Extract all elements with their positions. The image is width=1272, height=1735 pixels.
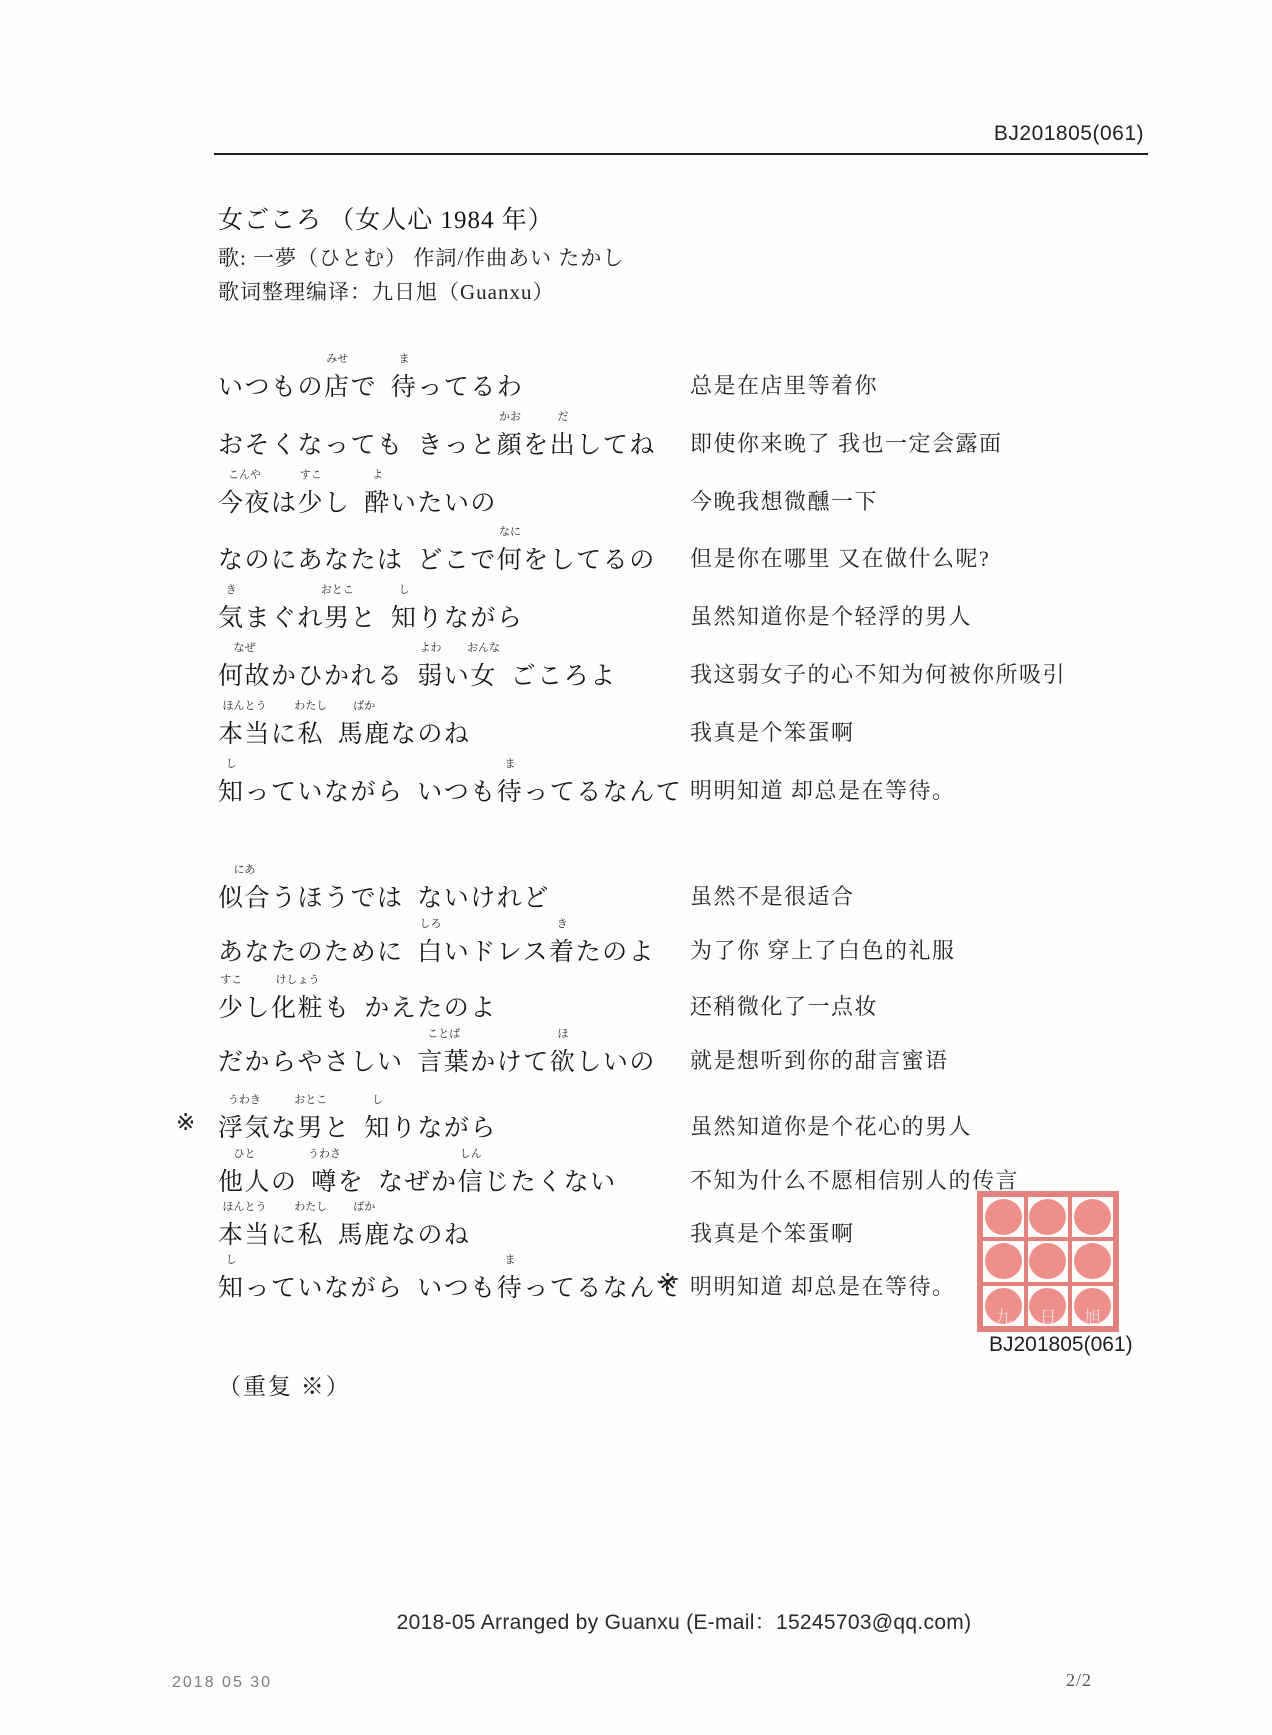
kanji-with-furigana: 少すこ bbox=[298, 483, 325, 519]
furigana: うわさ bbox=[308, 1149, 341, 1160]
furigana: ま bbox=[505, 759, 516, 770]
furigana: なぜ bbox=[234, 643, 256, 654]
furigana: き bbox=[226, 585, 237, 596]
stamp-char: 日 bbox=[1039, 1309, 1056, 1326]
stamp-cell bbox=[981, 1239, 1026, 1283]
lyric-row: いつもの店みせで 待まってるわ总是在店里等着你 bbox=[218, 367, 1218, 397]
chinese-translation-line: 总是在店里等着你 bbox=[690, 369, 878, 400]
arranged-by-footer: 2018-05 Arranged by Guanxu (E-mail：15245… bbox=[0, 1606, 1272, 1636]
kanji-with-furigana: 待ま bbox=[497, 772, 524, 808]
furigana: しん bbox=[460, 1149, 482, 1160]
kanji-with-furigana: 馬鹿ばか bbox=[338, 714, 391, 750]
print-date: 2018 05 30 bbox=[172, 1674, 272, 1692]
header-rule bbox=[214, 153, 1148, 155]
kanji-with-furigana: 馬鹿ばか bbox=[338, 1215, 391, 1251]
red-seal-stamp: 九 日 旭 bbox=[977, 1191, 1119, 1332]
japanese-lyric-line: なのにあなたは どこで何なにをしてるの bbox=[218, 547, 656, 574]
kanji-with-furigana: 私わたし bbox=[298, 714, 325, 750]
stamp-cell bbox=[1070, 1195, 1115, 1239]
kanji-with-furigana: 待ま bbox=[391, 367, 418, 403]
japanese-lyric-line: おそくなっても きっと顔かおを出だしてね bbox=[218, 432, 656, 459]
furigana: し bbox=[372, 1095, 383, 1106]
kanji-with-furigana: 噂うわさ bbox=[311, 1162, 338, 1198]
kanji-with-furigana: 化粧けしょう bbox=[271, 988, 324, 1024]
lyrics-sheet-page: BJ201805(061) 女ごころ （女人心 1984 年） 歌: 一夢（ひと… bbox=[0, 0, 1272, 1735]
chinese-translation-line: 今晚我想微醺一下 bbox=[690, 485, 878, 516]
furigana: よわ bbox=[420, 643, 442, 654]
furigana: すこ bbox=[300, 470, 322, 481]
kanji-with-furigana: 酔よ bbox=[364, 483, 391, 519]
furigana: ばか bbox=[353, 701, 375, 712]
stamp-cell bbox=[1026, 1195, 1071, 1239]
furigana: し bbox=[399, 585, 410, 596]
repeat-note: （重复 ※） bbox=[218, 1368, 351, 1401]
repeat-end-marker: ※ bbox=[658, 1270, 677, 1296]
furigana: し bbox=[226, 1255, 237, 1266]
furigana: みせ bbox=[326, 354, 348, 365]
stamp-cell: 旭 bbox=[1070, 1284, 1115, 1328]
kanji-with-furigana: 少すこ bbox=[218, 988, 245, 1024]
japanese-lyric-line: 本当ほんとうに私わたし 馬鹿ばかなのね bbox=[218, 721, 470, 748]
arranger-credit: 歌词整理编译：九日旭（Guanxu） bbox=[218, 276, 555, 306]
lyric-row: あなたのために 白しろいドレス着きたのよ为了你 穿上了白色的礼服 bbox=[218, 932, 1218, 962]
japanese-lyric-line: いつもの店みせで 待まってるわ bbox=[218, 374, 523, 401]
furigana: だ bbox=[558, 412, 569, 423]
kanji-with-furigana: 言葉ことば bbox=[417, 1042, 470, 1078]
furigana: わたし bbox=[294, 1202, 327, 1213]
chinese-translation-line: 我真是个笨蛋啊 bbox=[690, 1217, 855, 1248]
kanji-with-furigana: 知し bbox=[391, 598, 418, 634]
furigana: なに bbox=[499, 527, 521, 538]
kanji-with-furigana: 気き bbox=[218, 598, 245, 634]
lyric-row: 本当ほんとうに私わたし 馬鹿ばかなのね我真是个笨蛋啊 bbox=[218, 714, 1218, 744]
chinese-translation-line: 为了你 穿上了白色的礼服 bbox=[690, 934, 956, 965]
furigana: かお bbox=[499, 412, 521, 423]
lyric-row: なのにあなたは どこで何なにをしてるの但是你在哪里 又在做什么呢? bbox=[218, 540, 1218, 570]
stamp-char: 九 bbox=[995, 1309, 1012, 1326]
lyric-row: 他人ひとの 噂うわさを なぜか信しんじたくない不知为什么不愿相信别人的传言 bbox=[218, 1162, 1218, 1192]
lyric-row: 少すこし化粧けしょうも かえたのよ还稍微化了一点妆 bbox=[218, 988, 1218, 1018]
japanese-lyric-line: 本当ほんとうに私わたし 馬鹿ばかなのね bbox=[218, 1222, 470, 1249]
chinese-translation-line: 虽然知道你是个轻浮的男人 bbox=[690, 600, 972, 631]
page-number: 2/2 bbox=[1066, 1670, 1092, 1691]
japanese-lyric-line: だからやさしい 言葉ことばかけて欲ほしいの bbox=[218, 1049, 656, 1076]
stamp-dot bbox=[1029, 1199, 1066, 1235]
furigana: き bbox=[557, 919, 568, 930]
kanji-with-furigana: 女おんな bbox=[470, 656, 497, 692]
japanese-lyric-line: 気きまぐれ男おとこと 知しりながら bbox=[218, 605, 523, 632]
kanji-with-furigana: 知し bbox=[218, 1268, 245, 1304]
kanji-with-furigana: 何故なぜ bbox=[218, 656, 271, 692]
stamp-code: BJ201805(061) bbox=[989, 1333, 1133, 1357]
stamp-cell bbox=[981, 1195, 1026, 1239]
chinese-translation-line: 虽然不是很适合 bbox=[690, 880, 855, 911]
kanji-with-furigana: 信しん bbox=[458, 1162, 485, 1198]
furigana: けしょう bbox=[276, 975, 320, 986]
stamp-char: 旭 bbox=[1084, 1309, 1101, 1326]
japanese-lyric-line: 知しっていながら いつも待まってるなんて bbox=[218, 1275, 682, 1302]
furigana: うわき bbox=[228, 1095, 261, 1106]
kanji-with-furigana: 本当ほんとう bbox=[218, 1215, 271, 1251]
japanese-lyric-line: 今夜こんやは少すこし 酔よいたいの bbox=[218, 490, 497, 517]
lyric-row: ※浮気うわきな男おとこと 知しりながら虽然知道你是个花心的男人 bbox=[218, 1108, 1218, 1138]
lyric-row: だからやさしい 言葉ことばかけて欲ほしいの就是想听到你的甜言蜜语 bbox=[218, 1042, 1218, 1072]
japanese-lyric-line: 知しっていながら いつも待まってるなんて bbox=[218, 779, 682, 806]
kanji-with-furigana: 待ま bbox=[497, 1268, 524, 1304]
furigana: すこ bbox=[220, 975, 242, 986]
singer-composer-credit: 歌: 一夢（ひとむ） 作詞/作曲あい たかし bbox=[218, 242, 624, 272]
chinese-translation-line: 就是想听到你的甜言蜜语 bbox=[690, 1044, 949, 1075]
japanese-lyric-line: 浮気うわきな男おとこと 知しりながら bbox=[218, 1115, 497, 1142]
chinese-translation-line: 还稍微化了一点妆 bbox=[690, 990, 878, 1021]
repeat-start-marker: ※ bbox=[176, 1110, 195, 1136]
kanji-with-furigana: 似合にあ bbox=[218, 878, 271, 914]
kanji-with-furigana: 浮気うわき bbox=[218, 1108, 271, 1144]
kanji-with-furigana: 店みせ bbox=[324, 367, 351, 403]
kanji-with-furigana: 知し bbox=[218, 772, 245, 808]
japanese-lyric-line: 少すこし化粧けしょうも かえたのよ bbox=[218, 995, 497, 1022]
kanji-with-furigana: 白しろ bbox=[417, 932, 444, 968]
japanese-lyric-line: 他人ひとの 噂うわさを なぜか信しんじたくない bbox=[218, 1169, 617, 1196]
chinese-translation-line: 明明知道 却总是在等待。 bbox=[690, 1270, 956, 1301]
stamp-cell: 日 bbox=[1026, 1284, 1071, 1328]
furigana: ま bbox=[399, 354, 410, 365]
kanji-with-furigana: 知し bbox=[364, 1108, 391, 1144]
kanji-with-furigana: 顔かお bbox=[497, 425, 524, 461]
kanji-with-furigana: 本当ほんとう bbox=[218, 714, 271, 750]
kanji-with-furigana: 私わたし bbox=[298, 1215, 325, 1251]
kanji-with-furigana: 男おとこ bbox=[298, 1108, 325, 1144]
chinese-translation-line: 我真是个笨蛋啊 bbox=[690, 716, 855, 747]
kanji-with-furigana: 他人ひと bbox=[218, 1162, 271, 1198]
kanji-with-furigana: 弱よわ bbox=[417, 656, 444, 692]
stamp-cell: 九 bbox=[981, 1284, 1026, 1328]
song-title: 女ごころ （女人心 1984 年） bbox=[218, 200, 554, 236]
kanji-with-furigana: 何なに bbox=[497, 540, 524, 576]
kanji-with-furigana: 今夜こんや bbox=[218, 483, 271, 519]
stamp-dot bbox=[1074, 1199, 1111, 1235]
lyric-row: 気きまぐれ男おとこと 知しりながら虽然知道你是个轻浮的男人 bbox=[218, 598, 1218, 628]
lyric-row: おそくなっても きっと顔かおを出だしてね即使你来晚了 我也一定会露面 bbox=[218, 425, 1218, 455]
furigana: よ bbox=[372, 470, 383, 481]
furigana: おとこ bbox=[321, 585, 354, 596]
lyric-row: 似合にあうほうでは ないけれど虽然不是很适合 bbox=[218, 878, 1218, 908]
stamp-cell bbox=[1026, 1239, 1071, 1283]
furigana: し bbox=[226, 759, 237, 770]
stamp-dot bbox=[985, 1199, 1022, 1235]
kanji-with-furigana: 出だ bbox=[550, 425, 577, 461]
japanese-lyric-line: あなたのために 白しろいドレス着きたのよ bbox=[218, 939, 655, 966]
furigana: おんな bbox=[467, 643, 500, 654]
furigana: ことば bbox=[427, 1029, 460, 1040]
furigana: わたし bbox=[294, 701, 327, 712]
furigana: こんや bbox=[228, 470, 261, 481]
kanji-with-furigana: 欲ほ bbox=[550, 1042, 577, 1078]
stamp-cell bbox=[1070, 1239, 1115, 1283]
lyric-row: 知しっていながら いつも待まってるなんて明明知道 却总是在等待。 bbox=[218, 772, 1218, 802]
furigana: ほんとう bbox=[223, 701, 267, 712]
furigana: ひと bbox=[234, 1149, 256, 1160]
kanji-with-furigana: 着き bbox=[549, 932, 576, 968]
chinese-translation-line: 我这弱女子的心不知为何被你所吸引 bbox=[690, 658, 1066, 689]
lyric-row: 何故なぜかひかれる 弱よわい女おんな ごころよ我这弱女子的心不知为何被你所吸引 bbox=[218, 656, 1218, 686]
kanji-with-furigana: 男おとこ bbox=[324, 598, 351, 634]
furigana: しろ bbox=[420, 919, 442, 930]
furigana: おとこ bbox=[294, 1095, 327, 1106]
stamp-dot bbox=[1074, 1243, 1111, 1279]
chinese-translation-line: 虽然知道你是个花心的男人 bbox=[690, 1110, 972, 1141]
chinese-translation-line: 即使你来晚了 我也一定会露面 bbox=[690, 427, 1003, 458]
japanese-lyric-line: 何故なぜかひかれる 弱よわい女おんな ごころよ bbox=[218, 663, 617, 690]
chinese-translation-line: 但是你在哪里 又在做什么呢? bbox=[690, 542, 990, 573]
document-code: BJ201805(061) bbox=[994, 122, 1144, 146]
furigana: ま bbox=[505, 1255, 516, 1266]
chinese-translation-line: 不知为什么不愿相信别人的传言 bbox=[690, 1164, 1019, 1195]
furigana: にあ bbox=[234, 865, 256, 876]
chinese-translation-line: 明明知道 却总是在等待。 bbox=[690, 774, 956, 805]
furigana: ほんとう bbox=[223, 1202, 267, 1213]
stamp-dot bbox=[1029, 1243, 1066, 1279]
stamp-dot bbox=[985, 1243, 1022, 1279]
furigana: ほ bbox=[558, 1029, 569, 1040]
japanese-lyric-line: 似合にあうほうでは ないけれど bbox=[218, 885, 550, 912]
furigana: ばか bbox=[353, 1202, 375, 1213]
lyric-row: 今夜こんやは少すこし 酔よいたいの今晚我想微醺一下 bbox=[218, 483, 1218, 513]
